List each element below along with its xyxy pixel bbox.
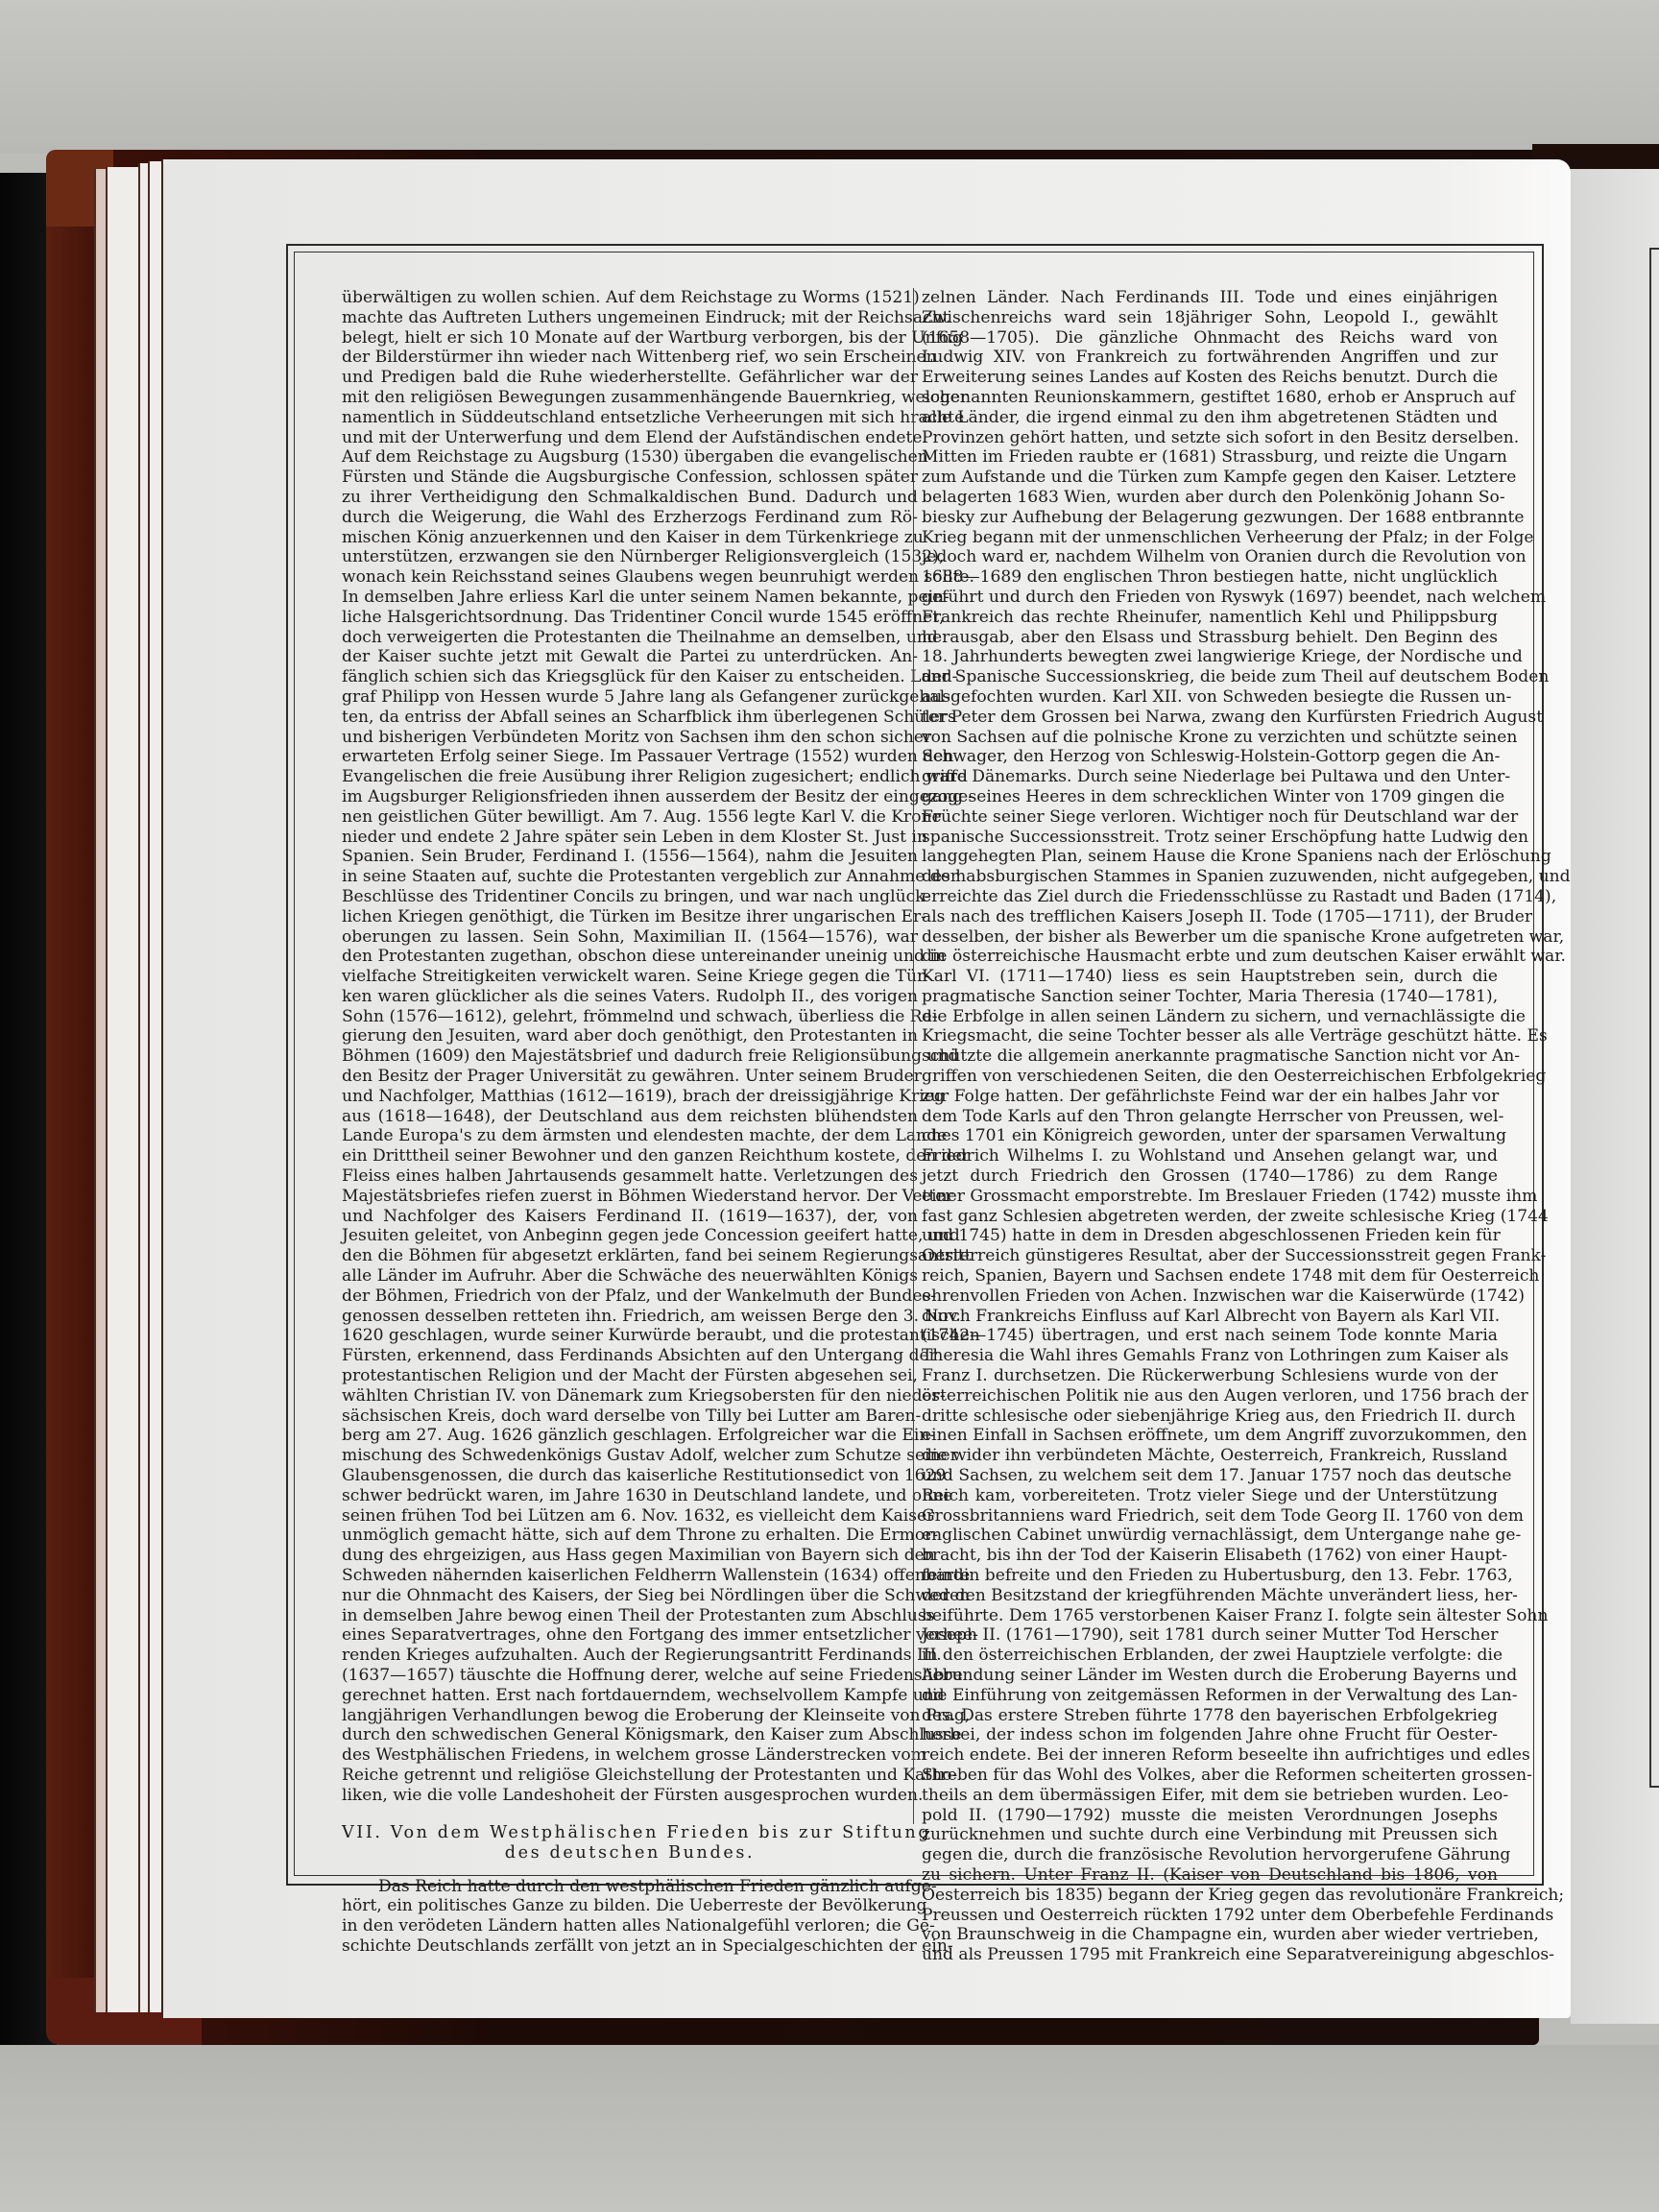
text-line: vielfache Streitigkeiten verwickelt ware… (342, 967, 918, 987)
text-line: und Nachfolger des Kaisers Ferdinand II.… (342, 1207, 918, 1227)
text-line: aus (1618—1648), der Deutschland aus dem… (342, 1107, 918, 1127)
text-line: einen Einfall in Sachsen eröffnete, um d… (922, 1426, 1498, 1446)
text-line: der Kaiser suchte jetzt mit Gewalt die P… (342, 647, 918, 667)
text-line: jetzt durch Friedrich den Grossen (1740—… (922, 1166, 1498, 1187)
text-line: dung des ehrgeizigen, aus Hass gegen Max… (342, 1546, 918, 1566)
text-line: reich, Spanien, Bayern und Sachsen endet… (922, 1266, 1498, 1286)
section-paragraph: Das Reich hatte durch den westphälischen… (342, 1877, 918, 1957)
text-line: in seine Staaten auf, suchte die Protest… (342, 867, 918, 887)
section-heading-line-2: des deutschen Bundes. (342, 1843, 918, 1863)
text-line: alle Länder, die irgend einmal zu den ih… (922, 408, 1498, 428)
text-line: im Augsburger Religionsfrieden ihnen aus… (342, 787, 918, 807)
text-line: die wider ihn verbündeten Mächte, Oester… (922, 1446, 1498, 1466)
text-line: nen geistlichen Güter bewilligt. Am 7. A… (342, 807, 918, 828)
text-line: pragmatische Sanction seiner Tochter, Ma… (922, 987, 1498, 1007)
text-line: biesky zur Aufhebung der Belagerung gezw… (922, 508, 1498, 528)
text-line: Theresia die Wahl ihres Gemahls Franz vo… (922, 1346, 1498, 1366)
text-line: Joseph II. (1761—1790), seit 1781 durch … (922, 1625, 1498, 1646)
text-line: der den Besitzstand der kriegführenden M… (922, 1586, 1498, 1606)
paragraph-left: überwältigen zu wollen schien. Auf dem R… (342, 288, 918, 1806)
text-line: von Braunschweig in die Champagne ein, w… (922, 1925, 1498, 1945)
text-line: ter Peter dem Grossen bei Narwa, zwang d… (922, 708, 1498, 728)
text-line: theils an dem übermässigen Eifer, mit de… (922, 1786, 1498, 1806)
text-line: pold II. (1790—1792) musste die meisten … (922, 1806, 1498, 1826)
text-line: den die Böhmen für abgesetzt erklärten, … (342, 1246, 918, 1266)
text-line: Beschlüsse des Tridentiner Concils zu br… (342, 887, 918, 907)
text-line: doch verweigerten die Protestanten die T… (342, 628, 918, 648)
text-line: die Erbfolge in allen seinen Ländern zu … (922, 1007, 1498, 1027)
text-line: seinen frühen Tod bei Lützen am 6. Nov. … (342, 1506, 918, 1527)
text-line: griffe Dänemarks. Durch seine Niederlage… (922, 767, 1498, 787)
text-line: Das Reich hatte durch den westphälischen… (342, 1877, 918, 1897)
text-line: Krieg begann mit der unmenschlichen Verh… (922, 528, 1498, 548)
text-line: liche Halsgerichtsordnung. Das Tridentin… (342, 608, 918, 628)
facing-page-edge (1571, 169, 1659, 2024)
text-line: ches 1701 ein Königreich geworden, unter… (922, 1126, 1498, 1146)
facing-page-frame (1649, 248, 1659, 1788)
text-line: mit den religiösen Bewegungen zusammenhä… (342, 388, 918, 408)
text-line: Provinzen gehört hatten, und setzte sich… (922, 428, 1498, 448)
text-line: 18. Jahrhunderts bewegten zwei langwieri… (922, 647, 1498, 667)
page-edge (94, 169, 106, 2012)
text-line: Preussen und Oesterreich rückten 1792 un… (922, 1906, 1498, 1926)
text-line: oberungen zu lassen. Sein Sohn, Maximili… (342, 927, 918, 948)
column-divider-rule (913, 288, 914, 1824)
text-line: liken, wie die volle Landeshoheit der Fü… (342, 1786, 918, 1806)
text-line: hört, ein politisches Ganze zu bilden. D… (342, 1896, 918, 1916)
table-surface-bottom (0, 2045, 1659, 2212)
text-line: Zwischenreichs ward sein 18jähriger Sohn… (922, 308, 1498, 328)
text-line: unmöglich gemacht hätte, sich auf dem Th… (342, 1526, 918, 1546)
text-line: wählten Christian IV. von Dänemark zum K… (342, 1386, 918, 1407)
text-line: zur Folge hatten. Der gefährlichste Fein… (922, 1087, 1498, 1107)
text-line: lichen Kriegen genöthigt, die Türken im … (342, 907, 918, 927)
text-line: Mitten im Frieden raubte er (1681) Stras… (922, 447, 1498, 468)
text-line: gang seines Heeres in dem schrecklichen … (922, 787, 1498, 807)
text-line: namentlich in Süddeutschland entsetzlich… (342, 408, 918, 428)
text-line: belagerten 1683 Wien, wurden aber durch … (922, 488, 1498, 508)
text-line: (1658—1705). Die gänzliche Ohnmacht des … (922, 328, 1498, 349)
text-line: langjährigen Verhandlungen bewog die Ero… (342, 1706, 918, 1726)
text-line: 1688—1689 den englischen Thron bestiegen… (922, 567, 1498, 588)
text-line: des habsburgischen Stammes in Spanien zu… (922, 867, 1498, 887)
text-line: schützte die allgemein anerkannte pragma… (922, 1046, 1498, 1067)
text-line: Karl VI. (1711—1740) liess es sein Haupt… (922, 967, 1498, 987)
text-line: sogenannten Reunionskammern, gestiftet 1… (922, 388, 1498, 408)
text-line: Sohn (1576—1612), gelehrt, frömmelnd und… (342, 1007, 918, 1027)
text-line: ausgefochten wurden. Karl XII. von Schwe… (922, 687, 1498, 708)
text-line: fast ganz Schlesien abgetreten werden, d… (922, 1207, 1498, 1227)
text-line: feindin befreite und den Frieden zu Hube… (922, 1566, 1498, 1586)
text-line: genossen desselben retteten ihn. Friedri… (342, 1307, 918, 1327)
text-line: Jesuiten geleitet, von Anbeginn gegen je… (342, 1226, 918, 1246)
text-line: Reiche getrennt und religiöse Gleichstel… (342, 1766, 918, 1786)
text-line: gerechnet hatten. Erst nach fortdauernde… (342, 1686, 918, 1706)
text-line: Abrundung seiner Länder im Westen durch … (922, 1666, 1498, 1686)
text-line: Spanien. Sein Bruder, Ferdinand I. (1556… (342, 847, 918, 867)
text-line: zum Aufstande und die Türken zum Kampfe … (922, 468, 1498, 488)
text-line: und Sachsen, zu welchem seit dem 17. Jan… (922, 1466, 1498, 1486)
text-line: den Besitz der Prager Universität zu gew… (342, 1067, 918, 1087)
text-line: unterstützen, erzwangen sie den Nürnberg… (342, 547, 918, 567)
text-line: fänglich schien sich das Kriegsglück für… (342, 667, 918, 687)
text-line: erreichte das Ziel durch die Friedenssch… (922, 887, 1498, 907)
text-line: die österreichische Hausmacht erbte und … (922, 947, 1498, 967)
text-line: zu sichern. Unter Franz II. (Kaiser von … (922, 1865, 1498, 1886)
text-line: schwer bedrückt waren, im Jahre 1630 in … (342, 1486, 918, 1506)
text-line: geführt und durch den Frieden von Ryswyk… (922, 588, 1498, 608)
text-line: alle Länder im Aufruhr. Aber die Schwäch… (342, 1266, 918, 1286)
text-line: durch die Weigerung, die Wahl des Erzher… (342, 508, 918, 528)
text-line: des. Das erstere Streben führte 1778 den… (922, 1706, 1498, 1726)
text-line: (1742—1745) übertragen, und erst nach se… (922, 1326, 1498, 1346)
text-line: mischung des Schwedenkönigs Gustav Adolf… (342, 1446, 918, 1466)
text-line: gierung den Jesuiten, ward aber doch gen… (342, 1026, 918, 1046)
text-line: ehrenvollen Frieden von Achen. Inzwische… (922, 1286, 1498, 1307)
text-line: sächsischen Kreis, doch ward derselbe vo… (342, 1407, 918, 1427)
text-line: eines Separatvertrages, ohne den Fortgan… (342, 1625, 918, 1646)
text-line: machte das Auftreten Luthers ungemeinen … (342, 308, 918, 328)
text-line: des Westphälischen Friedens, in welchem … (342, 1745, 918, 1766)
text-line: Frankreich das rechte Rheinufer, namentl… (922, 608, 1498, 628)
text-line: Auf dem Reichstage zu Augsburg (1530) üb… (342, 447, 918, 468)
text-line: Erweiterung seines Landes auf Kosten des… (922, 368, 1498, 388)
text-line: Fürsten, erkennend, dass Ferdinands Absi… (342, 1346, 918, 1366)
text-line: desselben, der bisher als Bewerber um di… (922, 927, 1498, 948)
text-line: und mit der Unterwerfung und dem Elend d… (342, 428, 918, 448)
text-line: protestantischen Religion und der Macht … (342, 1366, 918, 1386)
text-line: Franz I. durchsetzen. Die Rückerwerbung … (922, 1366, 1498, 1386)
text-line: Fleiss eines halben Jahrtausends gesamme… (342, 1166, 918, 1187)
text-line: in den österreichischen Erblanden, der z… (922, 1646, 1498, 1666)
text-line: den Protestanten zugethan, obschon diese… (342, 947, 918, 967)
text-line: Schweden nähernden kaiserlichen Feldherr… (342, 1566, 918, 1586)
text-line: die Einführung von zeitgemässen Reformen… (922, 1686, 1498, 1706)
text-line: graf Philipp von Hessen wurde 5 Jahre la… (342, 687, 918, 708)
text-line: österreichischen Politik nie aus den Aug… (922, 1386, 1498, 1407)
text-line: berg am 27. Aug. 1626 gänzlich geschlage… (342, 1426, 918, 1446)
text-line: englischen Cabinet unwürdig vernachlässi… (922, 1526, 1498, 1546)
text-line: der Spanische Successionskrieg, die beid… (922, 667, 1498, 687)
text-line: 1620 geschlagen, wurde seiner Kurwürde b… (342, 1326, 918, 1346)
text-line: zelnen Länder. Nach Ferdinands III. Tode… (922, 288, 1498, 308)
text-line: belegt, hielt er sich 10 Monate auf der … (342, 328, 918, 349)
text-line: einer Grossmacht emporstrebte. Im Bresla… (922, 1187, 1498, 1207)
text-line: und bisherigen Verbündeten Moritz von Sa… (342, 728, 918, 748)
text-line: Kriegsmacht, die seine Tochter besser al… (922, 1026, 1498, 1046)
text-line: als nach des trefflichen Kaisers Joseph … (922, 907, 1498, 927)
text-line: ken waren glücklicher als die seines Vat… (342, 987, 918, 1007)
text-line: Schwager, den Herzog von Schleswig-Holst… (922, 747, 1498, 767)
text-line: Lande Europa's zu dem ärmsten und elende… (342, 1126, 918, 1146)
text-line: Böhmen (1609) den Majestätsbrief und dad… (342, 1046, 918, 1067)
text-line: langgehegten Plan, seinem Hause die Kron… (922, 847, 1498, 867)
text-line: überwältigen zu wollen schien. Auf dem R… (342, 288, 918, 308)
section-heading-line-1: VII. Von dem Westphälischen Frieden bis … (342, 1823, 918, 1843)
text-line: dritte schlesische oder siebenjährige Kr… (922, 1407, 1498, 1427)
text-line: nur die Ohnmacht des Kaisers, der Sieg b… (342, 1586, 918, 1606)
text-line: ein Dritttheil seiner Bewohner und den g… (342, 1146, 918, 1166)
table-surface-top (0, 0, 1659, 154)
page-edge (106, 167, 138, 2012)
text-line: erwarteten Erfolg seiner Siege. Im Passa… (342, 747, 918, 767)
text-line: dem Tode Karls auf den Thron gelangte He… (922, 1107, 1498, 1127)
text-line: renden Krieges aufzuhalten. Auch der Reg… (342, 1646, 918, 1666)
text-line: Oesterreich günstigeres Resultat, aber d… (922, 1246, 1498, 1266)
text-line: nieder und endete 2 Jahre später sein Le… (342, 828, 918, 848)
text-line: reich endete. Bei der inneren Reform bes… (922, 1745, 1498, 1766)
text-line: bracht, bis ihn der Tod der Kaiserin Eli… (922, 1546, 1498, 1566)
text-line: Oesterreich bis 1835) begann der Krieg g… (922, 1886, 1498, 1906)
text-line: Fürsten und Stände die Augsburgische Con… (342, 468, 918, 488)
text-line: in demselben Jahre bewog einen Theil der… (342, 1606, 918, 1626)
text-line: Majestätsbriefes riefen zuerst in Böhmen… (342, 1187, 918, 1207)
text-line: Evangelischen die freie Ausübung ihrer R… (342, 767, 918, 787)
text-column-right: zelnen Länder. Nach Ferdinands III. Tode… (922, 288, 1498, 1965)
text-line: griffen von verschiedenen Seiten, die de… (922, 1067, 1498, 1087)
text-line: und Nachfolger, Matthias (1612—1619), br… (342, 1087, 918, 1107)
text-line: (1637—1657) täuschte die Hoffnung derer,… (342, 1666, 918, 1686)
text-line: Streben für das Wohl des Volkes, aber di… (922, 1766, 1498, 1786)
text-line: herausgab, aber den Elsass und Strassbur… (922, 628, 1498, 648)
text-line: herbei, der indess schon im folgenden Ja… (922, 1725, 1498, 1745)
text-line: der Böhmen, Friedrich von der Pfalz, und… (342, 1286, 918, 1307)
text-line: Reich kam, vorbereiteten. Trotz vieler S… (922, 1486, 1498, 1506)
text-line: zu ihrer Vertheidigung den Schmalkaldisc… (342, 488, 918, 508)
text-line: spanische Successionsstreit. Trotz seine… (922, 828, 1498, 848)
text-column-left: überwältigen zu wollen schien. Auf dem R… (342, 288, 918, 1957)
text-line: schichte Deutschlands zerfällt von jetzt… (342, 1936, 918, 1957)
text-line: In demselben Jahre erliess Karl die unte… (342, 588, 918, 608)
text-line: gegen die, durch die französische Revolu… (922, 1845, 1498, 1865)
text-line: zurücknehmen und suchte durch eine Verbi… (922, 1825, 1498, 1845)
text-line: mischen König anzuerkennen und den Kaise… (342, 528, 918, 548)
text-line: beiführte. Dem 1765 verstorbenen Kaiser … (922, 1606, 1498, 1626)
text-line: Früchte seiner Siege verloren. Wichtiger… (922, 807, 1498, 828)
text-line: und Predigen bald die Ruhe wiederherstel… (342, 368, 918, 388)
text-line: und als Preussen 1795 mit Frankreich ein… (922, 1945, 1498, 1965)
text-line: von Sachsen auf die polnische Krone zu v… (922, 728, 1498, 748)
text-line: Grossbritanniens ward Friedrich, seit de… (922, 1506, 1498, 1527)
text-line: der Bilderstürmer ihn wieder nach Witten… (342, 348, 918, 368)
text-line: jedoch ward er, nachdem Wilhelm von Oran… (922, 547, 1498, 567)
text-line: Glaubensgenossen, die durch das kaiserli… (342, 1466, 918, 1486)
text-line: durch Frankreichs Einfluss auf Karl Albr… (922, 1307, 1498, 1327)
page-edge (148, 161, 161, 2012)
text-line: wonach kein Reichsstand seines Glaubens … (342, 567, 918, 588)
text-line: in den verödeten Ländern hatten alles Na… (342, 1916, 918, 1936)
paragraph-right: zelnen Länder. Nach Ferdinands III. Tode… (922, 288, 1498, 1965)
section-heading: VII. Von dem Westphälischen Frieden bis … (342, 1823, 918, 1863)
page-edge (138, 163, 148, 2012)
text-line: durch den schwedischen General Königsmar… (342, 1725, 918, 1745)
text-line: Ludwig XIV. von Frankreich zu fortwähren… (922, 348, 1498, 368)
text-line: und 1745) hatte in dem in Dresden abgesc… (922, 1226, 1498, 1246)
text-line: Friedrich Wilhelms I. zu Wohlstand und A… (922, 1146, 1498, 1166)
text-line: ten, da entriss der Abfall seines an Sch… (342, 708, 918, 728)
